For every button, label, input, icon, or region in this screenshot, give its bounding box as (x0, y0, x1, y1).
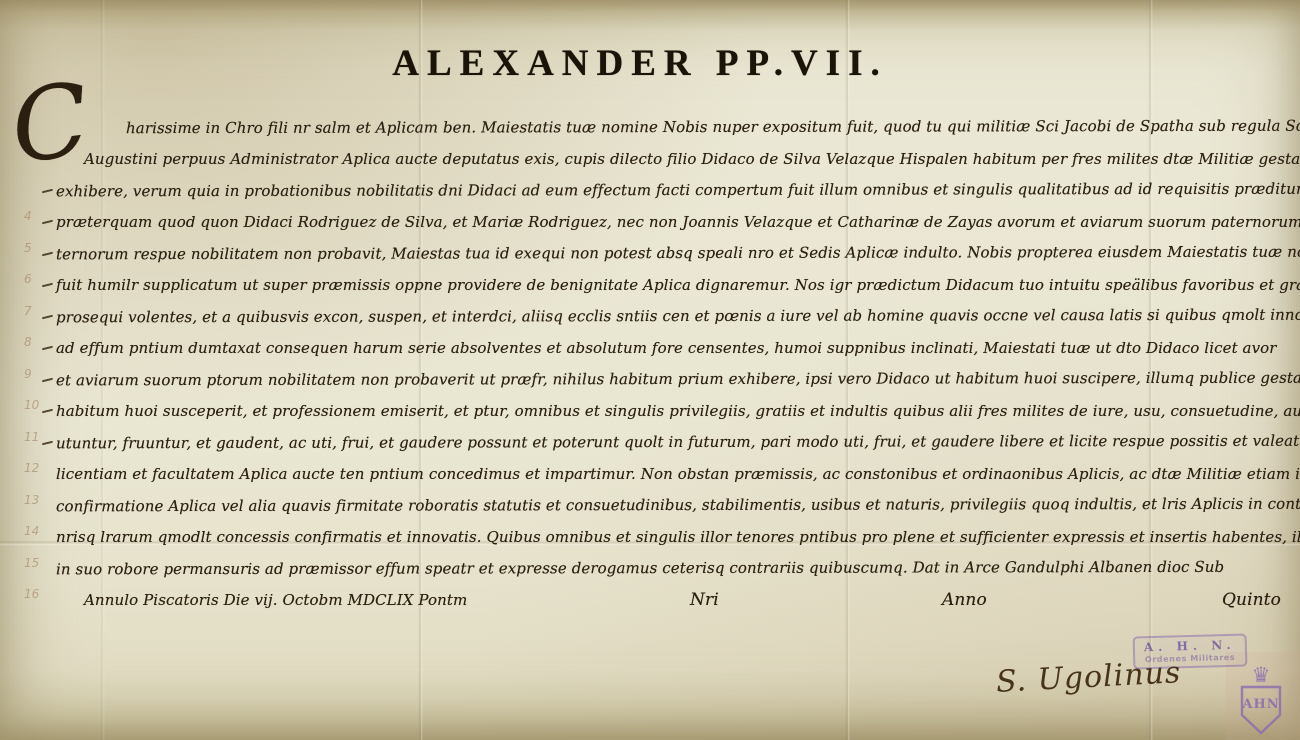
manuscript-line: fuit humilr supplicatum ut super præmiss… (56, 270, 1288, 302)
embossed-seal: ♛ AHN (1230, 665, 1292, 736)
margin-tick (42, 283, 53, 288)
manuscript-line: ternorum respue nobilitatem non probavit… (56, 237, 1288, 271)
manuscript-line: præterquam quod quon Didaci Rodriguez de… (56, 207, 1288, 239)
margin-line-number: 16 (24, 587, 39, 601)
margin-line-number: 7 (24, 304, 32, 318)
document-title: ALEXANDER PP.VII. (0, 42, 1280, 85)
margin-tick (42, 252, 53, 257)
seal-monogram: AHN (1241, 697, 1279, 712)
manuscript-line: prosequi volentes, et a quibusvis excon,… (56, 300, 1288, 334)
margin-tick (42, 315, 53, 320)
margin-tick (42, 220, 53, 225)
margin-tick (42, 346, 53, 351)
manuscript-line: harissime in Chro fili nr salm et Aplica… (56, 111, 1288, 145)
margin-tick (42, 378, 53, 383)
manuscript-line: et aviarum suorum ptorum nobilitatem non… (56, 363, 1288, 397)
margin-tick (42, 189, 53, 194)
dateline-word: Nri (690, 585, 719, 617)
parchment-document: ALEXANDER PP.VII. C harissime in Chro fi… (0, 0, 1300, 740)
margin-line-number: 6 (24, 272, 32, 286)
margin-line-number: 10 (24, 398, 39, 412)
manuscript-line: ad effum pntium dumtaxat consequen harum… (56, 333, 1288, 365)
margin-line-number: 11 (24, 430, 39, 444)
stamp-text: A. H. N. (1144, 638, 1236, 654)
manuscript-body: harissime in Chro fili nr salm et Aplica… (56, 112, 1288, 616)
crown-icon: ♛ (1230, 665, 1292, 686)
margin-line-number: 13 (24, 493, 39, 507)
manuscript-line: Augustini perpuus Administrator Aplica a… (56, 144, 1288, 176)
manuscript-line: licentiam et facultatem Aplica aucte ten… (56, 459, 1288, 491)
manuscript-line: exhibere, verum quia in probationibus no… (56, 174, 1288, 208)
margin-line-number: 9 (24, 367, 32, 381)
margin-line-number: 14 (24, 524, 39, 538)
dateline-word: Anno (942, 585, 987, 617)
secretary-signature: S. Ugolinus (995, 655, 1182, 701)
dateline-word: Quinto (1222, 585, 1281, 617)
shield-icon: AHN (1237, 684, 1285, 736)
manuscript-dateline: Annulo Piscatoris Die vij. Octobm MDCLIX… (56, 585, 1288, 617)
manuscript-line: in suo robore permansuris ad præmissor e… (56, 552, 1288, 586)
margin-line-number: 12 (24, 461, 39, 475)
margin-line-number: 15 (24, 556, 39, 570)
manuscript-line: nrisq lrarum qmodlt concessis confirmati… (56, 522, 1288, 554)
margin-line-number: 8 (24, 335, 32, 349)
manuscript-line: confirmatione Aplica vel alia quavis fir… (56, 489, 1288, 523)
dateline-text: Annulo Piscatoris Die vij. Octobm MDCLIX… (56, 591, 467, 609)
margin-line-number: 4 (24, 209, 32, 223)
manuscript-line: habitum huoi susceperit, et professionem… (56, 396, 1288, 428)
margin-line-number: 5 (24, 241, 32, 255)
manuscript-line: utuntur, fruuntur, et gaudent, ac uti, f… (56, 426, 1288, 460)
margin-tick (42, 441, 53, 446)
margin-tick (42, 409, 53, 414)
